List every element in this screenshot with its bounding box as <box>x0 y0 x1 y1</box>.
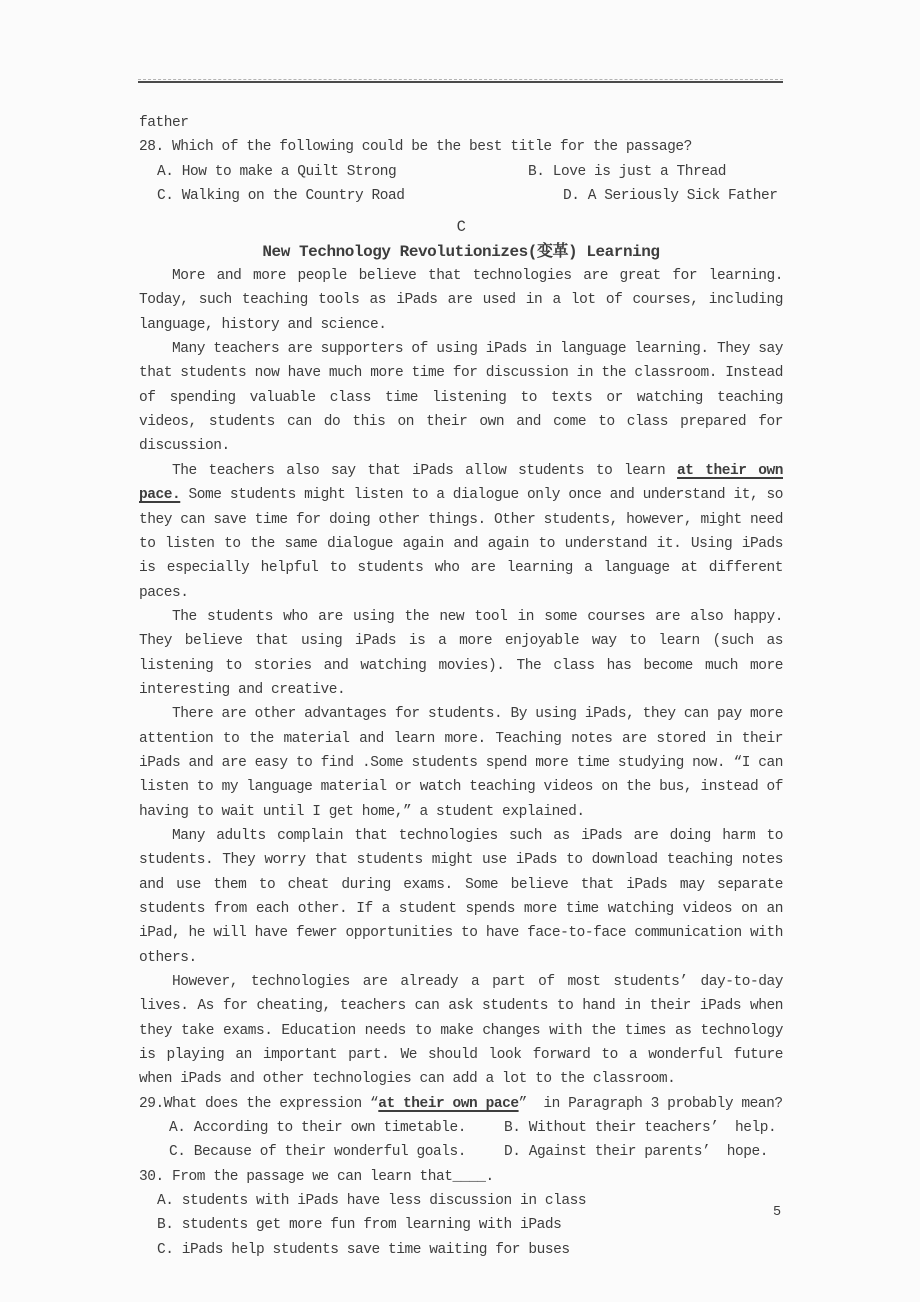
passage-paragraph-3: The teachers also say that iPads allow s… <box>139 459 783 605</box>
text-segment: A. How to make a Quilt Strong <box>157 164 396 180</box>
text-segment: father <box>139 115 189 131</box>
passage-paragraph-5: There are other advantages for students.… <box>139 702 783 824</box>
text-segment: B. students get more fun from learning w… <box>157 1217 561 1233</box>
orphan-text-line: father <box>139 111 783 135</box>
passage-paragraph-2: Many teachers are supporters of using iP… <box>139 337 783 459</box>
text-segment: However, technologies are already a part… <box>139 974 783 1087</box>
question-30-option-b: B. students get more fun from learning w… <box>139 1213 783 1237</box>
text-segment: D. Against their parents’ hope. <box>504 1144 768 1160</box>
option-item: B. Love is just a Thread <box>528 160 726 184</box>
text-segment: ” in Paragraph 3 probably mean? <box>519 1096 783 1112</box>
document-page: father28. Which of the following could b… <box>0 0 920 1302</box>
text-segment: D. A Seriously Sick Father <box>563 188 778 204</box>
passage-paragraph-7: However, technologies are already a part… <box>139 970 783 1092</box>
question-29-options-ab: A. According to their own timetable.B. W… <box>139 1116 783 1140</box>
text-segment: Many teachers are supporters of using iP… <box>139 341 783 454</box>
text-segment: More and more people believe that techno… <box>139 268 783 333</box>
question-30-option-a: A. students with iPads have less discuss… <box>139 1189 783 1213</box>
option-item: A. How to make a Quilt Strong <box>157 160 396 184</box>
passage-paragraph-1: More and more people believe that techno… <box>139 264 783 337</box>
question-30-option-c: C. iPads help students save time waiting… <box>139 1238 783 1262</box>
underlined-phrase: at their own pace <box>378 1096 518 1112</box>
text-segment: There are other advantages for students.… <box>139 706 783 819</box>
passage-paragraph-6: Many adults complain that technologies s… <box>139 824 783 970</box>
option-item: C. Walking on the Country Road <box>157 184 405 208</box>
text-segment: C. iPads help students save time waiting… <box>157 1242 570 1258</box>
option-item: D. A Seriously Sick Father <box>563 184 778 208</box>
text-segment: A. According to their own timetable. <box>169 1120 466 1136</box>
text-segment: Many adults complain that technologies s… <box>139 828 783 966</box>
text-segment: C. Walking on the Country Road <box>157 188 405 204</box>
header-divider-line <box>138 79 783 83</box>
question-29-line: 29.What does the expression “at their ow… <box>139 1092 783 1116</box>
text-segment: B. Love is just a Thread <box>528 164 726 180</box>
document-content: father28. Which of the following could b… <box>139 111 783 1262</box>
page-number: 5 <box>762 1205 792 1220</box>
option-item: D. Against their parents’ hope. <box>504 1140 768 1164</box>
option-item: C. Because of their wonderful goals. <box>169 1140 466 1164</box>
text-segment: B. Without their teachers’ help. <box>504 1120 776 1136</box>
option-item: B. Without their teachers’ help. <box>504 1116 776 1140</box>
text-segment: The students who are using the new tool … <box>139 609 783 698</box>
text-segment: 28. Which of the following could be the … <box>139 139 692 155</box>
text-segment: 29.What does the expression “ <box>139 1096 378 1112</box>
question-28-options-ab: A. How to make a Quilt StrongB. Love is … <box>139 160 783 184</box>
passage-title: New Technology Revolutionizes(变革) Learni… <box>139 240 783 264</box>
question-28-options-cd: C. Walking on the Country RoadD. A Serio… <box>139 184 783 208</box>
text-segment: Some students might listen to a dialogue… <box>139 487 783 600</box>
text-segment: C <box>457 218 466 236</box>
question-29-options-cd: C. Because of their wonderful goals.D. A… <box>139 1140 783 1164</box>
question-30-line: 30. From the passage we can learn that__… <box>139 1165 783 1189</box>
text-segment: The teachers also say that iPads allow s… <box>172 463 677 479</box>
text-segment: C. Because of their wonderful goals. <box>169 1144 466 1160</box>
passage-paragraph-4: The students who are using the new tool … <box>139 605 783 702</box>
text-segment: A. students with iPads have less discuss… <box>157 1193 586 1209</box>
option-item: A. According to their own timetable. <box>169 1116 466 1140</box>
question-28-line: 28. Which of the following could be the … <box>139 135 783 159</box>
text-segment: New Technology Revolutionizes(变革) Learni… <box>262 243 659 261</box>
section-label: C <box>139 215 783 239</box>
text-segment: 30. From the passage we can learn that__… <box>139 1169 494 1185</box>
